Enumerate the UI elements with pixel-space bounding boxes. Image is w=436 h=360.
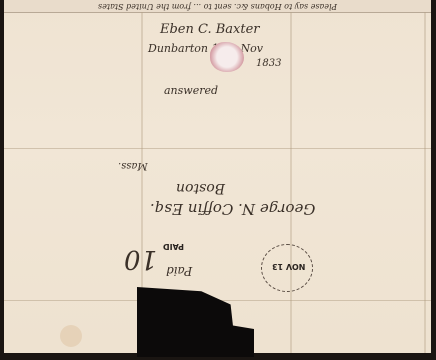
address-city: Boston [176,180,225,196]
fold-line [424,12,426,353]
rate-value: 10 [124,244,157,274]
docket-line: answered [164,84,218,97]
address-state: Mass. [118,160,148,171]
stain [60,325,82,347]
sender-year: 1833 [256,58,281,69]
postmark-date: NOV 13 [272,262,305,271]
fold-line [290,12,292,353]
address-name: George N. Coffin Esq. [150,200,315,218]
rate-label: Paid [166,264,192,278]
fold-line [4,148,431,149]
paid-handstamp: PAID [163,242,184,251]
sender-place-date: Dunbarton 10th Nov [148,42,263,55]
sender-name: Eben C. Baxter [160,22,260,37]
wax-seal [210,42,244,72]
top-note: Please say to Hobans &c. sent to ... fro… [98,2,337,11]
